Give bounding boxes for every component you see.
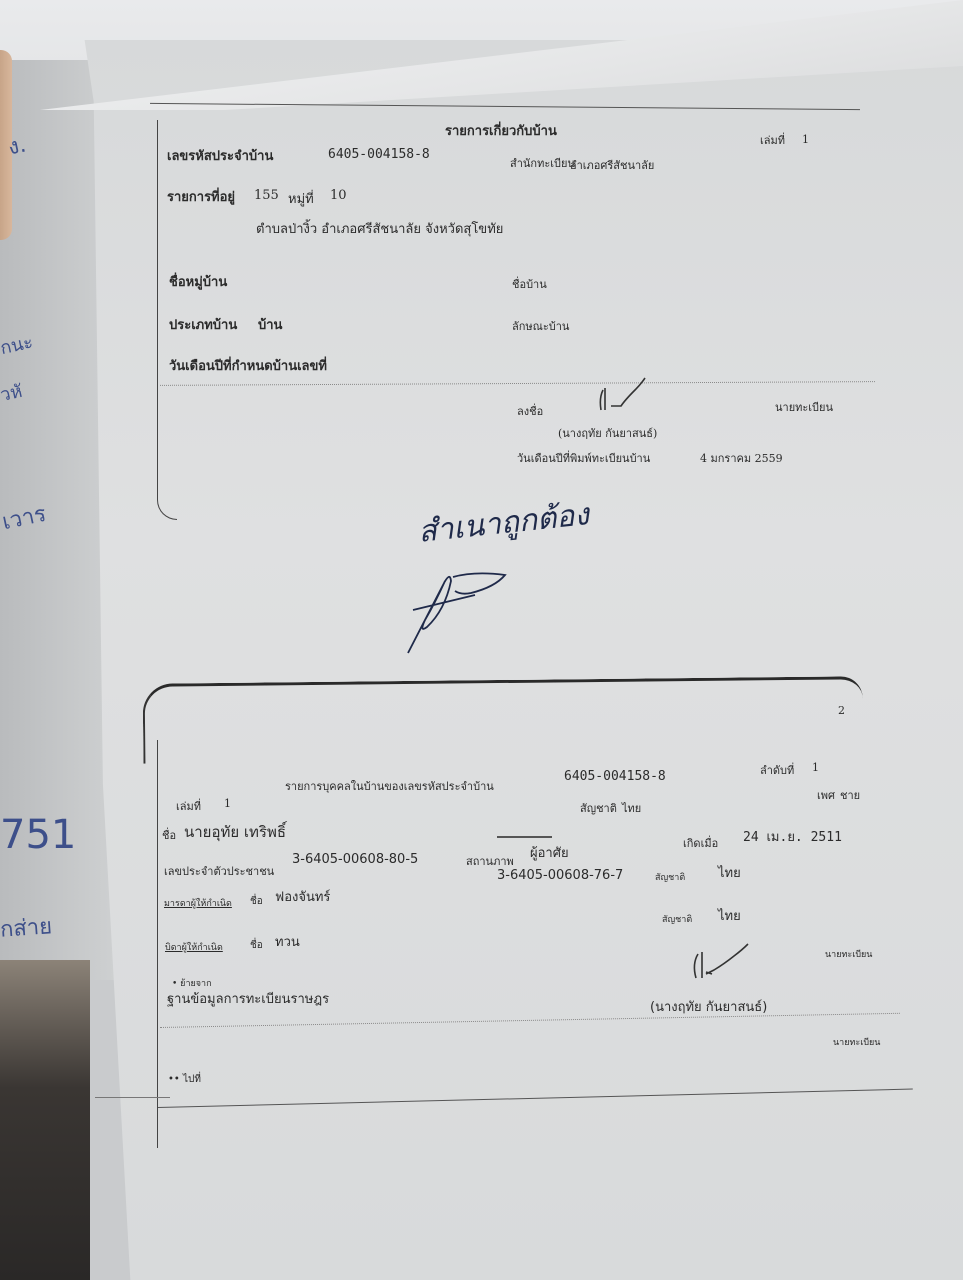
father-name: ทวน xyxy=(275,931,300,952)
person-card-title: รายการบุคคลในบ้านของเลขรหัสประจำบ้าน xyxy=(285,777,494,795)
father-nationality-label: สัญชาติ xyxy=(662,912,692,926)
nationality-label: สัญชาติ xyxy=(580,799,617,817)
mother-name-label: ชื่อ xyxy=(250,894,263,909)
mother-label: มารดาผู้ให้กำเนิด xyxy=(164,896,232,910)
registrar-signature xyxy=(690,940,760,985)
moved-from: ฐานข้อมูลการทะเบียนราษฎร xyxy=(167,988,329,1009)
background-desk xyxy=(0,960,90,1280)
registrar-office-label: สำนักทะเบียน xyxy=(510,154,575,172)
card-top-border xyxy=(143,676,864,764)
house-number: 155 xyxy=(254,188,279,203)
margin-rule xyxy=(95,1097,170,1098)
mother-id: 3-6405-00608-76-7 xyxy=(497,868,623,883)
mother-nationality-label: สัญชาติ xyxy=(655,870,685,884)
house-code: 6405-004158-8 xyxy=(328,147,430,162)
father-nationality: ไทย xyxy=(718,905,741,926)
house-type: บ้าน xyxy=(258,314,282,335)
house-code: 6405-004158-8 xyxy=(564,769,666,784)
order-number: 1 xyxy=(812,761,819,774)
order-label: ลำดับที่ xyxy=(760,761,794,779)
book-label: เล่มที่ xyxy=(760,131,785,149)
status: ผู้อาศัย xyxy=(530,842,569,863)
registrar-name: (นางฤทัย กันยาสนธ์) xyxy=(650,996,767,1017)
id-number: 3-6405-00608-80-5 xyxy=(292,852,418,867)
mother-name: ฟองจันทร์ xyxy=(275,886,330,907)
father-name-label: ชื่อ xyxy=(250,938,263,953)
handwritten-note: 751 xyxy=(0,812,76,858)
village-name-label: ชื่อหมู่บ้าน xyxy=(169,271,227,292)
document-page xyxy=(48,40,963,1280)
id-label: เลขประจำตัวประชาชน xyxy=(164,862,274,880)
handwritten-note: กส่าย xyxy=(0,908,53,947)
registrar-title: นายทะเบียน xyxy=(775,398,833,416)
house-name-label: ชื่อบ้าน xyxy=(512,275,547,293)
sex-label: เพศ xyxy=(817,786,835,804)
nationality: ไทย xyxy=(622,799,641,817)
registrar-signature xyxy=(595,376,655,416)
book-number: 1 xyxy=(224,797,231,810)
birth-date: 24 เม.ย. 2511 xyxy=(743,826,842,847)
name-label: ชื่อ xyxy=(162,826,176,844)
birth-label: เกิดเมื่อ xyxy=(683,834,718,852)
card-left-border xyxy=(157,740,158,1148)
moved-to-label: •• ไปที่ xyxy=(168,1072,201,1087)
owner-signature xyxy=(405,565,525,660)
registrar-office: อำเภอศรีสัชนาลัย xyxy=(570,156,654,174)
father-label: บิดาผู้ให้กำเนิด xyxy=(165,940,223,954)
print-date-label: วันเดือนปีที่พิมพ์ทะเบียนบ้าน xyxy=(517,449,650,467)
book-label: เล่มที่ xyxy=(176,797,201,815)
registrar-title: นายทะเบียน xyxy=(825,947,872,961)
moo-label: หมู่ที่ xyxy=(288,188,314,209)
mother-nationality: ไทย xyxy=(718,862,741,883)
date-assigned-label: วันเดือนปีที่กำหนดบ้านเลขที่ xyxy=(169,355,327,376)
house-card-title: รายการเกี่ยวกับบ้าน xyxy=(445,120,557,141)
house-type-label: ประเภทบ้าน xyxy=(169,314,237,335)
person-name: นายอุทัย เทริพธิ์ xyxy=(184,820,286,844)
sex: ชาย xyxy=(840,786,860,804)
print-date: 4 มกราคม 2559 xyxy=(700,449,783,467)
address-label: รายการที่อยู่ xyxy=(167,186,235,207)
status-overline xyxy=(497,836,552,838)
moo-number: 10 xyxy=(330,188,347,203)
address-line-2: ตำบลป่างิ้ว อำเภอศรีสัชนาลัย จังหวัดสุโข… xyxy=(256,218,503,239)
registrar-name: (นางฤทัย กันยาสนธ์) xyxy=(558,424,657,442)
sign-label: ลงชื่อ xyxy=(517,402,543,420)
house-code-label: เลขรหัสประจำบ้าน xyxy=(167,145,273,166)
registrar-title-2: นายทะเบียน xyxy=(833,1035,880,1049)
page-mark: 2 xyxy=(838,704,845,717)
book-number: 1 xyxy=(802,133,809,146)
house-character-label: ลักษณะบ้าน xyxy=(512,317,569,335)
